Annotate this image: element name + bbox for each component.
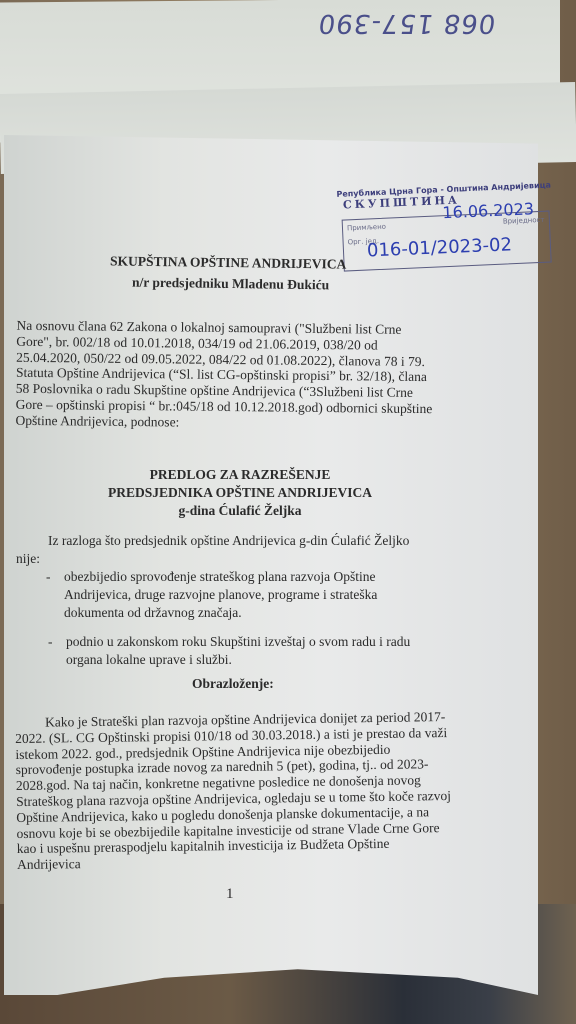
section-heading: Obrazloženje: [192,676,274,692]
title-line-2: PREDSJEDNIKA OPŠTINE ANDRIJEVICA [90,484,390,502]
intro-line-2: nije: [16,550,446,568]
intro-paragraph: Iz razloga što predsjednik opštine Andri… [16,532,446,568]
title-line-1: PREDLOG ZA RAZREŠENJE [90,466,390,484]
addressee-line-1: SKUPŠTINA OPŠTINE ANDRIJEVICA [110,253,347,272]
intro-line-1: Iz razloga što predsjednik opštine Andri… [16,532,446,550]
preamble-paragraph: Na osnovu člana 62 Zakona o lokalnoj sam… [15,318,436,433]
title-line-3: g-dina Ćulafić Željka [90,502,390,520]
bullet-text: obezbijedio sprovođenje strateškog plana… [64,569,377,620]
explanation-paragraph: Kako je Strateški plan razvoja opštine A… [15,709,453,873]
explanation-text: Kako je Strateški plan razvoja opštine A… [15,709,451,872]
bullet-dash: - [48,633,53,651]
document-content: SKUPŠTINA OPŠTINE ANDRIJEVICA n/r predsj… [0,0,576,1024]
bullet-item: - podnio u zakonskom roku Skupštini izve… [66,633,446,669]
document-title: PREDLOG ZA RAZREŠENJE PREDSJEDNIKA OPŠTI… [90,466,390,520]
bullet-item: - obezbijedio sprovođenje strateškog pla… [64,568,404,622]
bullet-dash: - [46,568,51,586]
addressee-line-2: n/r predsjedniku Mladenu Đukiću [132,275,329,294]
bullet-text: podnio u zakonskom roku Skupštini izvešt… [66,634,410,667]
page-number: 1 [226,886,234,903]
